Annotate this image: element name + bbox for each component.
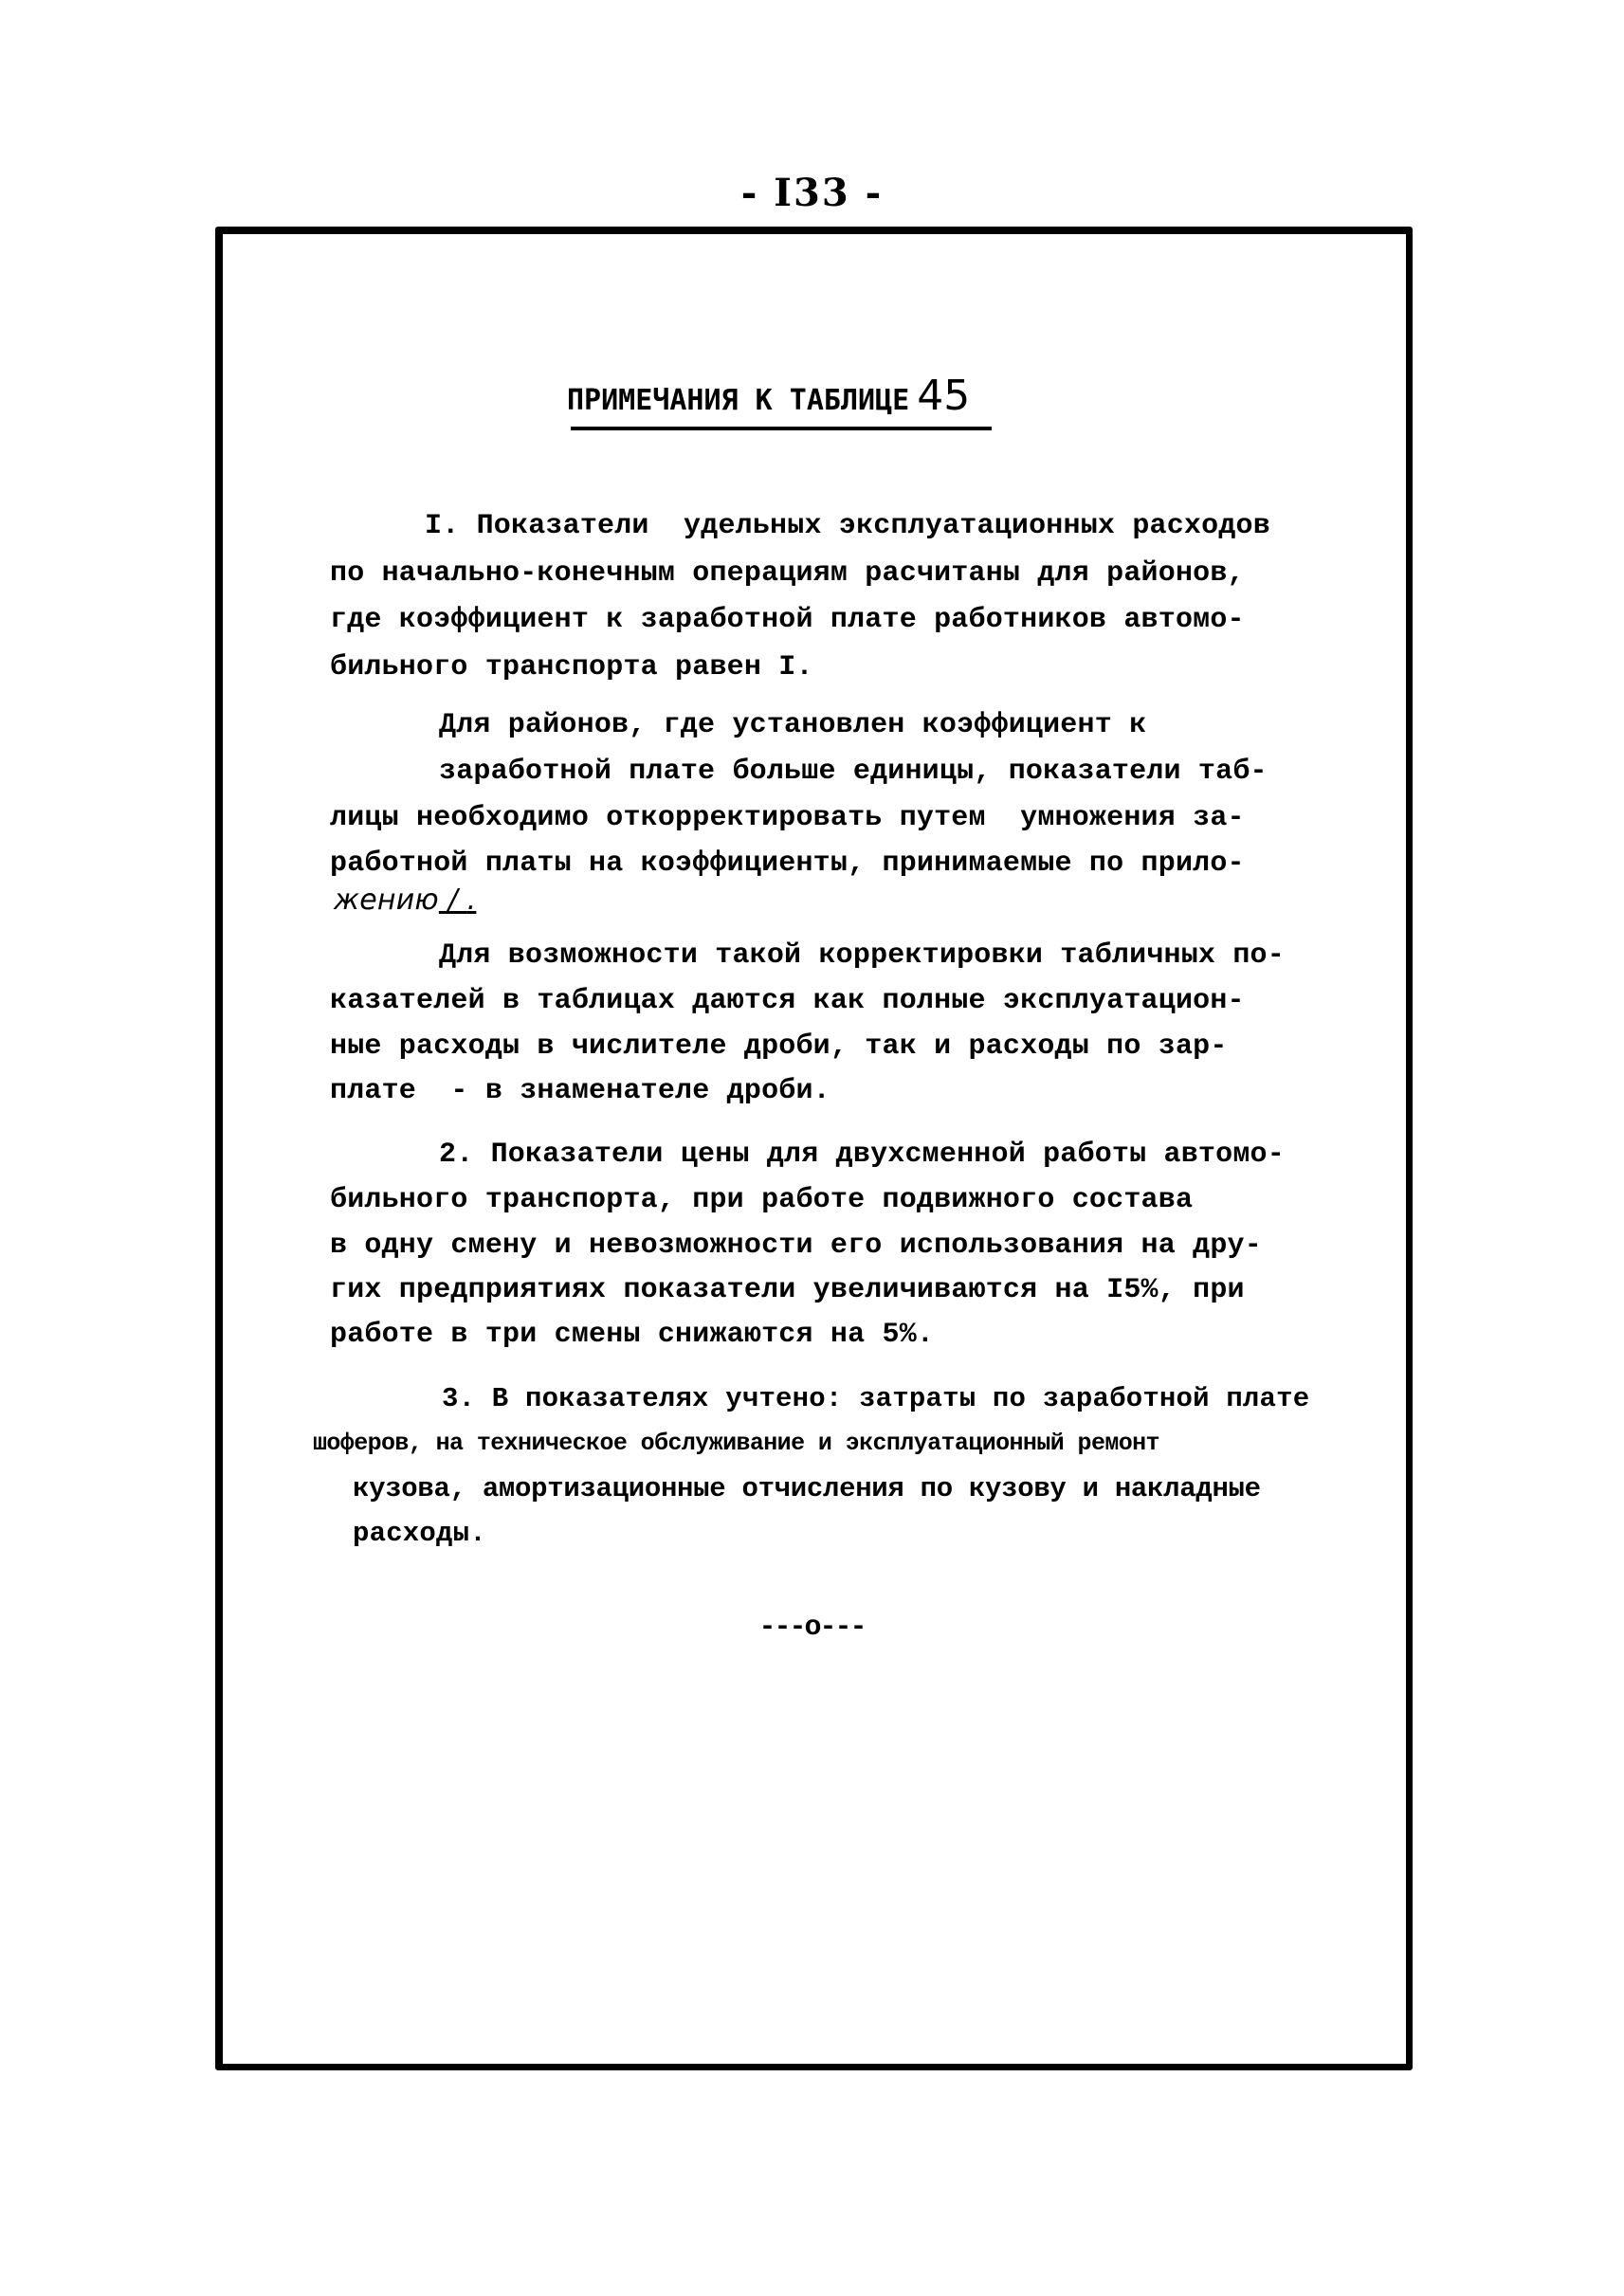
note3-line2: шоферов, на техническое обслуживание и э…: [313, 1427, 1159, 1461]
note3-line1: 3. В показателях учтено: затраты по зара…: [442, 1382, 1309, 1416]
note1-p2-line5: жению / .: [334, 884, 476, 920]
handwritten-word: жению: [334, 884, 439, 917]
title-underline: [571, 427, 992, 430]
note1-p1-line1: I. Показатели удельных эксплуатационных …: [425, 509, 1270, 543]
page-number: - I33 -: [0, 171, 1624, 215]
note1-p3-line2: казателей в таблицах даются как полные э…: [330, 984, 1245, 1018]
note2-line5: работе в три смены снижаются на 5%.: [330, 1318, 934, 1352]
note2-line2: бильного транспорта, при работе подвижно…: [330, 1183, 1193, 1217]
note2-line4: гих предприятиях показатели увеличиваютс…: [330, 1273, 1245, 1307]
handwritten-appendix-ref: /: [439, 884, 467, 917]
note1-p1-line2: по начально-конечным операциям расчитаны…: [330, 556, 1245, 591]
note1-p2-line4: работной платы на коэффициенты, принимае…: [330, 847, 1245, 881]
note1-p3-line3: ные расходы в числителе дроби, так и рас…: [330, 1030, 1228, 1064]
note1-p2-line2: заработной плате больше единицы, показат…: [439, 755, 1268, 789]
note2-line3: в одну смену и невозможности его использ…: [330, 1229, 1262, 1263]
note1-p3-line1: Для возможности такой корректировки табл…: [439, 938, 1285, 973]
table-number: 45: [917, 372, 970, 420]
note3-line4: расходы.: [353, 1517, 486, 1551]
title-text: ПРИМЕЧАНИЯ К ТАБЛИЦЕ: [567, 384, 909, 417]
note1-p2-line1: Для районов, где установлен коэффициент …: [439, 708, 1146, 742]
end-mark: ---o---: [0, 1612, 1624, 1644]
handwritten-period: .: [467, 884, 477, 917]
note1-p1-line4: бильного транспорта равен I.: [330, 650, 813, 684]
note1-p1-line3: где коэффициент к заработной плате работ…: [330, 603, 1245, 637]
note2-line1: 2. Показатели цены для двухсменной работ…: [439, 1138, 1285, 1172]
note1-p3-line4: плате - в знаменателе дроби.: [330, 1074, 830, 1108]
note1-p2-line3: лицы необходимо откорректировать путем у…: [330, 801, 1245, 835]
page-title: ПРИМЕЧАНИЯ К ТАБЛИЦЕ45: [567, 372, 970, 420]
note3-line3: кузова, амортизационные отчисления по ку…: [353, 1472, 1261, 1506]
